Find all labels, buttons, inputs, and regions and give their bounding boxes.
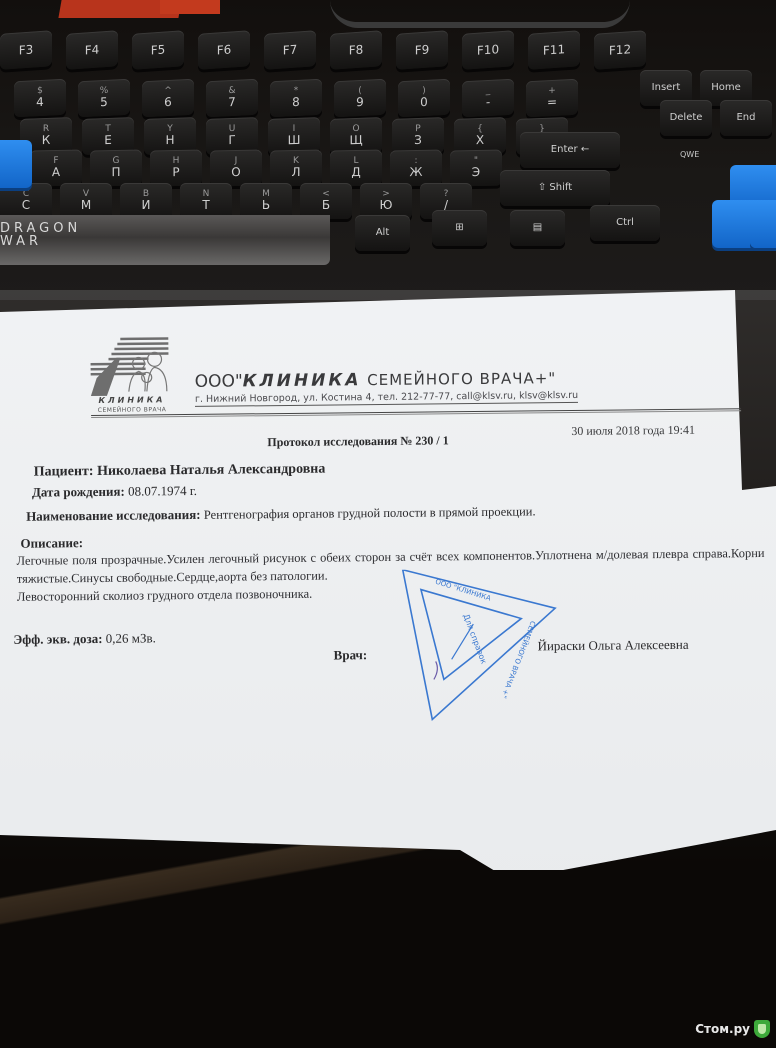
dob-field: Дата рождения: 08.07.1974 г.	[32, 483, 197, 501]
description-heading: Описание:	[20, 535, 83, 552]
clinic-address: г. Нижний Новгород, ул. Костина 4, тел. …	[195, 390, 578, 407]
svg-text:Для справок: Для справок	[461, 613, 488, 666]
patient-field: Пациент: Николаева Наталья Александровна	[34, 462, 326, 481]
clinic-title: ООО"КЛИНИКА СЕМЕЙНОГО ВРАЧА+"	[195, 368, 557, 392]
dose-value: 0,26 мЗв.	[106, 630, 156, 646]
dose-field: Эфф. экв. доза: 0,26 мЗв.	[13, 630, 156, 647]
dob-value: 08.07.1974 г.	[128, 483, 197, 499]
study-value: Рентгенография органов грудной полости в…	[204, 504, 536, 521]
site-watermark: Стом.ру	[695, 1020, 770, 1038]
clinic-logo-subtitle: СЕМЕЙНОГО ВРАЧА	[87, 406, 177, 414]
protocol-title: Протокол исследования № 230 / 1	[267, 433, 449, 450]
study-field: Наименование исследования: Рентгенографи…	[26, 503, 536, 524]
doctor-label: Врач:	[334, 647, 368, 663]
medical-report: КЛИНИКА СЕМЕЙНОГО ВРАЧА ООО"КЛИНИКА СЕМЕ…	[0, 0, 776, 1048]
clinic-logo-name: КЛИНИКА	[87, 395, 177, 405]
protocol-date: 30 июля 2018 года 19:41	[571, 423, 695, 439]
shield-logo-icon	[754, 1020, 770, 1038]
clinic-stamp: ООО "КЛИНИКА СЕМЕЙНОГО ВРАЧА +" Для спра…	[393, 568, 575, 730]
patient-name: Николаева Наталья Александровна	[97, 462, 325, 479]
description-body: Легочные поля прозрачные.Усилен легочный…	[17, 544, 766, 606]
